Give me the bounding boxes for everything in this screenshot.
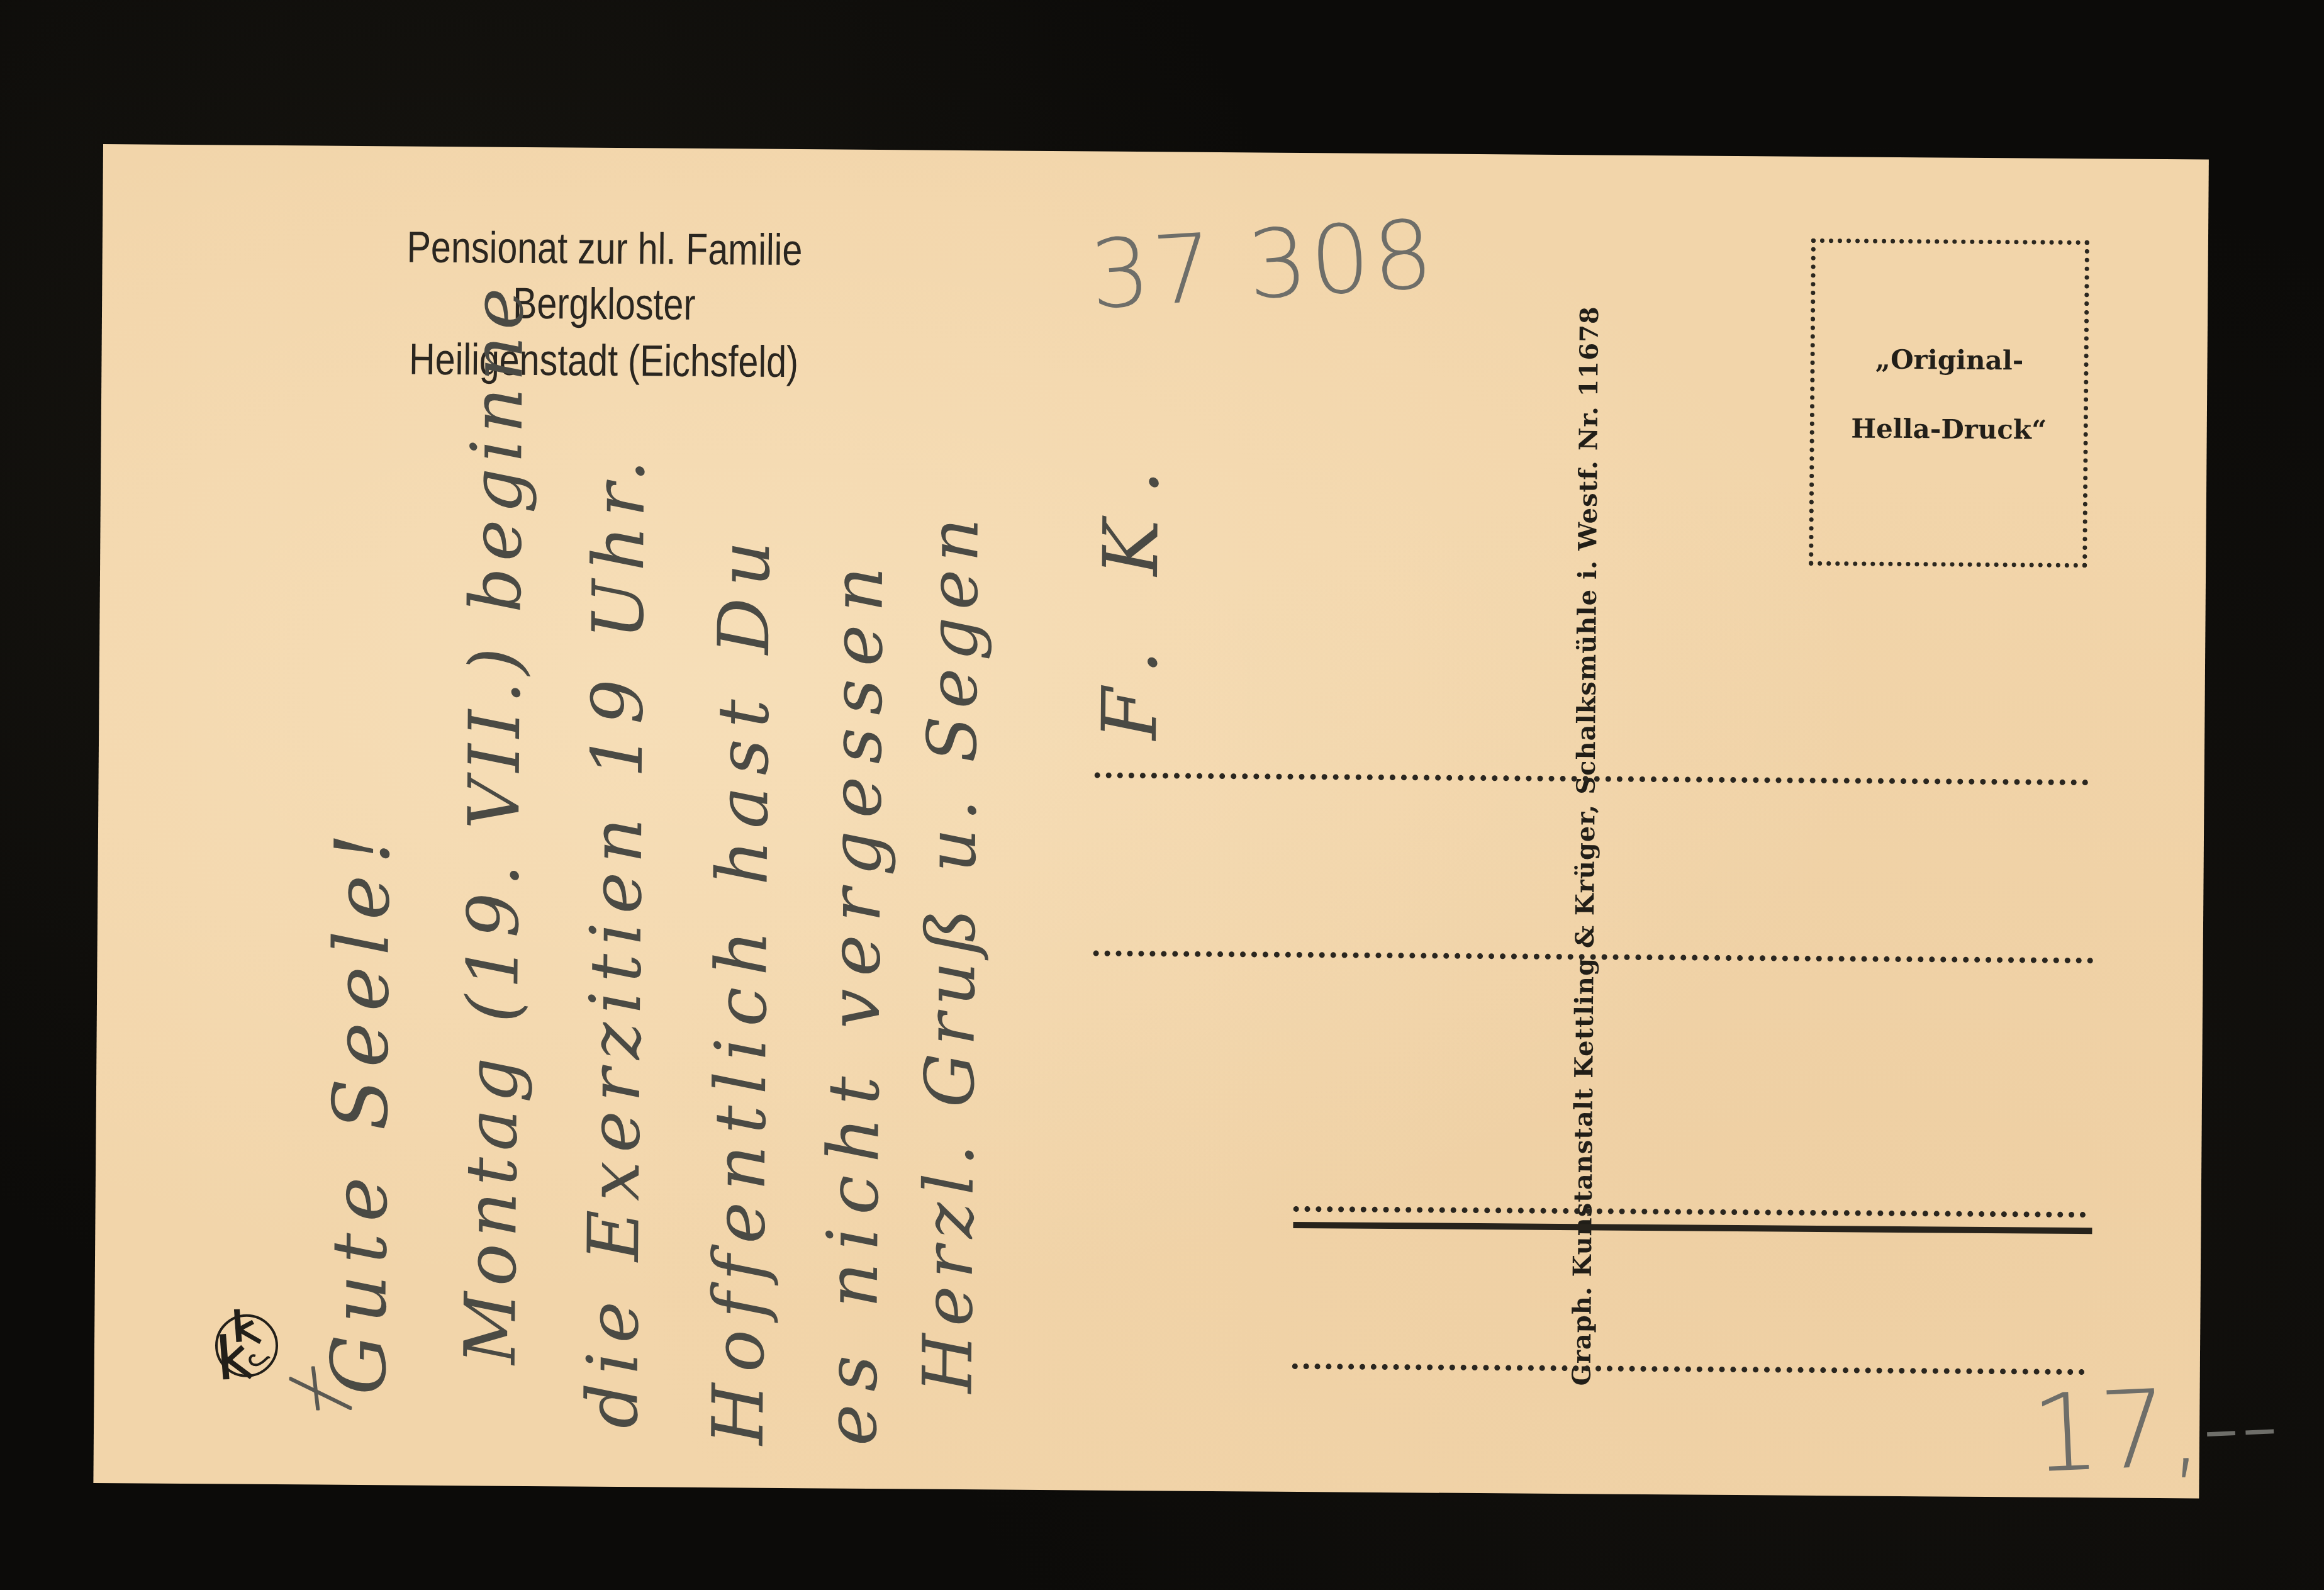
handwritten-line-1: Gute Seele! [315, 822, 407, 1395]
handwritten-cross-icon [289, 1366, 352, 1411]
handwritten-signature: F. K. [1087, 445, 1176, 741]
stamp-box: „Original- Hella-Druck“ [1809, 238, 2089, 568]
stamp-text-line-2: Hella-Druck“ [1814, 413, 2084, 445]
header-line-1: Pensionat zur hl. Familie [192, 220, 1018, 277]
publisher-logo-icon [208, 1309, 279, 1380]
address-line-4 [1292, 1363, 2085, 1375]
header-line-2: Bergkloster [191, 276, 1017, 332]
handwritten-line-5: es nicht vergessen [811, 554, 899, 1446]
header-line-3: Heiligenstadt (Eichsfeld) [191, 332, 1017, 389]
handwritten-line-4: Hoffentlich hast Du [698, 530, 786, 1445]
address-line-3 [1293, 1206, 2086, 1218]
handwritten-line-2: Montag (19. VII.) beginne [450, 281, 540, 1365]
postcard-back: Pensionat zur hl. Familie Bergkloster He… [93, 144, 2209, 1498]
printer-imprint: Graph. Kunstanstalt Kettling & Krüger, S… [1564, 283, 1607, 1409]
stamp-text-line-1: „Original- [1814, 344, 2084, 376]
address-underline [1293, 1222, 2092, 1234]
pencil-inventory-number: 37 308 [1087, 200, 1439, 331]
handwritten-line-3: die Exerzitien 19 Uhr. [572, 451, 661, 1428]
pencil-price: 17,-- [2029, 1362, 2282, 1497]
handwritten-line-6: Herzl. Gruß u. Segen [908, 510, 993, 1393]
